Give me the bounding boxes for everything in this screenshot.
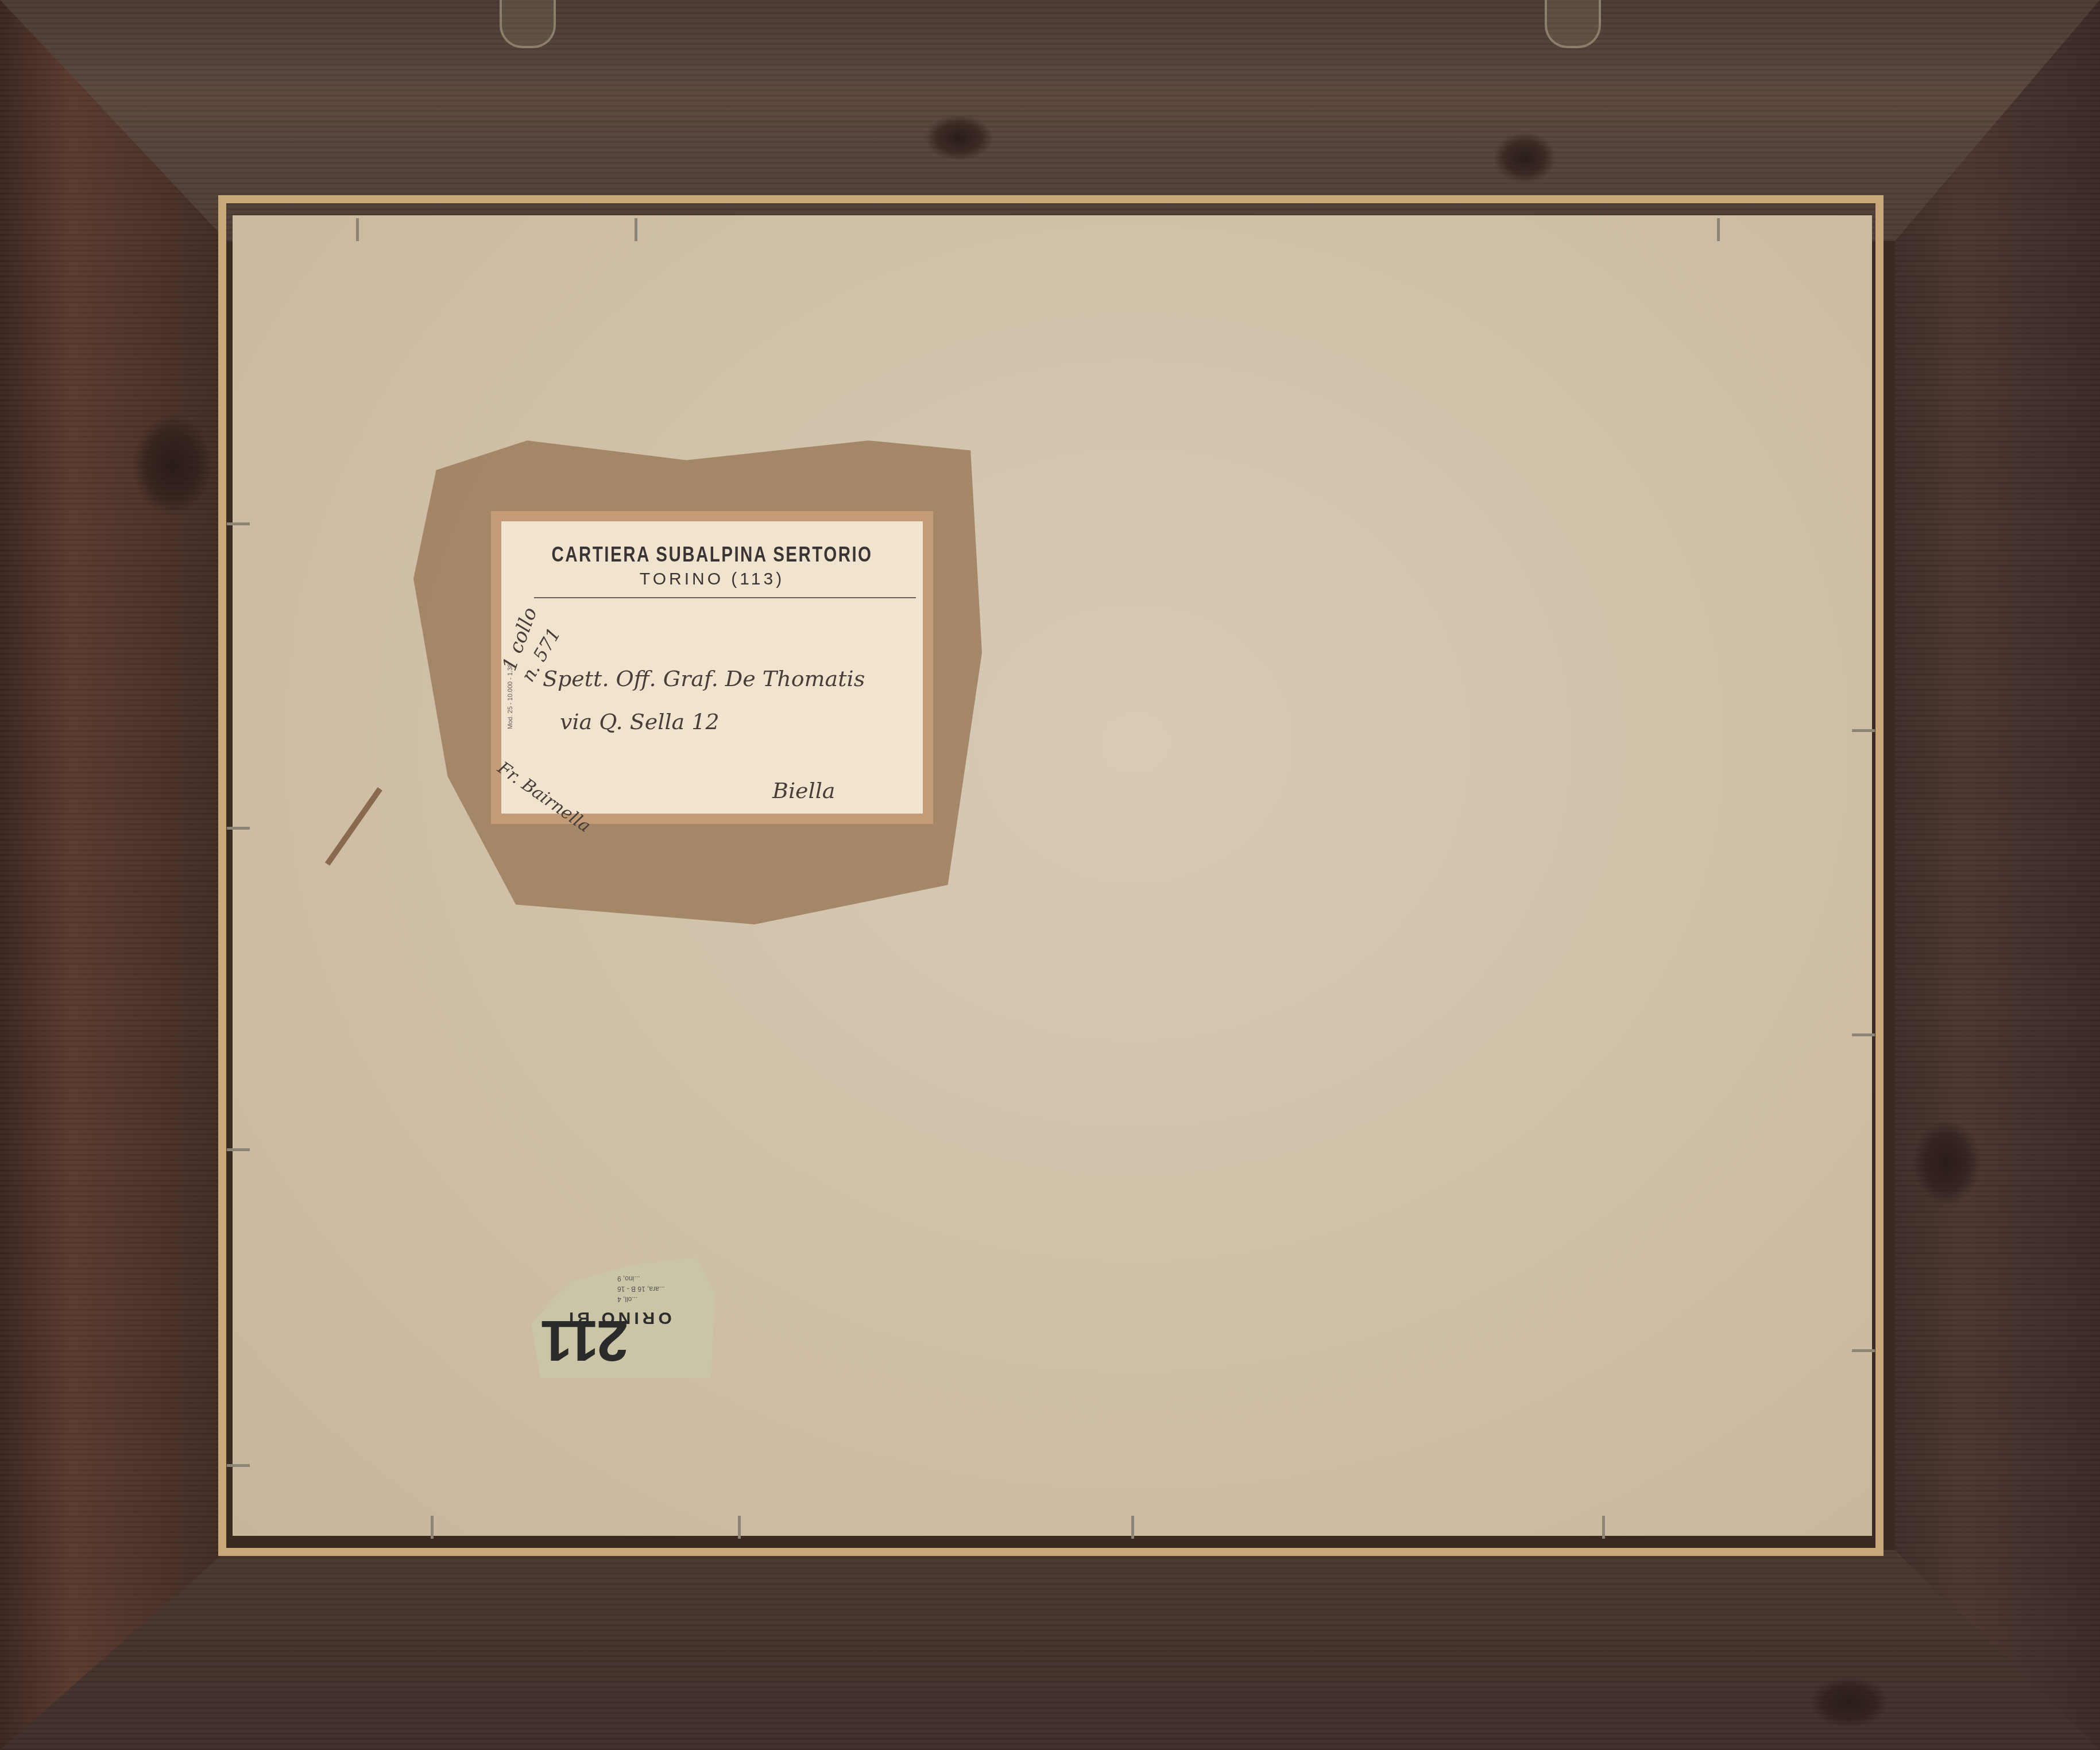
wood-knot [132, 413, 212, 517]
shipping-label: CARTIERA SUBALPINA SERTORIO TORINO (113)… [491, 511, 933, 824]
label-company: CARTIERA SUBALPINA SERTORIO [531, 543, 893, 567]
staple-icon [227, 1148, 250, 1151]
staple-icon [1717, 218, 1720, 241]
staple-icon [227, 522, 250, 525]
label-divider [534, 597, 916, 598]
ticket-line: ...ara, 16 B - 16 [617, 1285, 665, 1293]
hanger-icon [500, 0, 556, 48]
ticket-line: ...oll, 4 [617, 1295, 637, 1303]
wood-knot [925, 115, 993, 161]
wood-knot [1912, 1120, 1981, 1206]
wood-knot [1493, 132, 1556, 184]
label-print-code: Mod. 25 - 10.000 - 1.38 [507, 664, 514, 729]
staple-icon [1602, 1516, 1605, 1539]
wood-knot [1809, 1677, 1889, 1728]
staple-icon [431, 1516, 434, 1539]
backing-paper [233, 215, 1872, 1536]
handwritten-city: Biella [772, 778, 836, 803]
staple-icon [635, 218, 637, 241]
staple-icon [1852, 1033, 1875, 1036]
staple-icon [356, 218, 359, 241]
staple-icon [227, 827, 250, 830]
frame-left-rail [0, 0, 235, 1750]
frame-bottom-rail [0, 1550, 2100, 1750]
picture-frame: CARTIERA SUBALPINA SERTORIO TORINO (113)… [0, 0, 2100, 1750]
staple-icon [227, 1464, 250, 1467]
staple-icon [1131, 1516, 1134, 1539]
ticket-line: ...ino, 9 [617, 1275, 640, 1283]
frame-right-rail [1872, 0, 2100, 1750]
ticket-number: 211 [543, 1307, 628, 1373]
label-city: TORINO (113) [491, 570, 933, 589]
staple-icon [1852, 729, 1875, 732]
staple-icon [738, 1516, 741, 1539]
handwritten-recipient: Spett. Off. Graf. De Thomatis [543, 666, 865, 691]
staple-icon [1852, 1349, 1875, 1352]
handwritten-address: via Q. Sella 12 [560, 709, 720, 734]
hanger-icon [1545, 0, 1601, 48]
